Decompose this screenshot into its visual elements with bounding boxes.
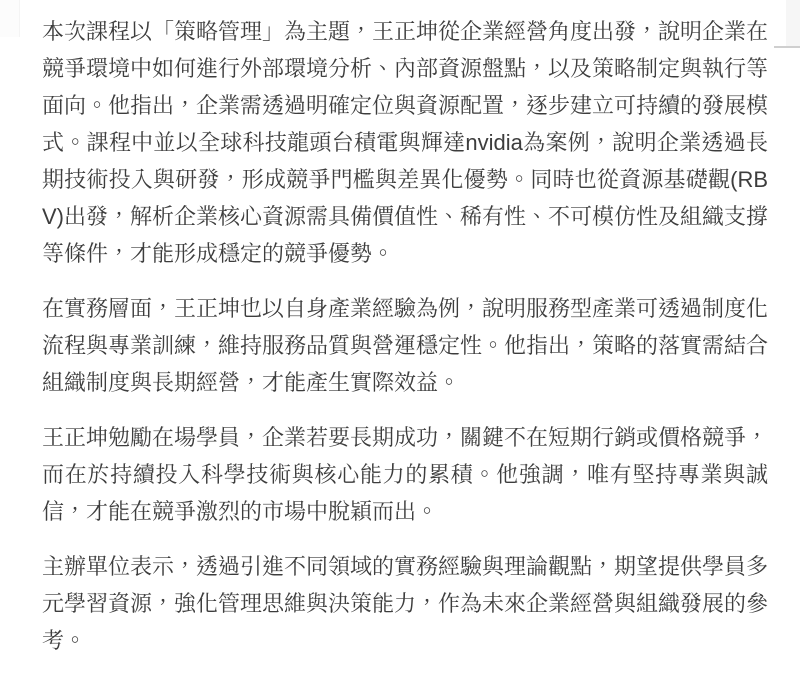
article-paragraph-4: 主辦單位表示，透過引進不同領域的實務經驗與理論觀點，期望提供學員多元學習資源，強… bbox=[42, 548, 768, 659]
article-paragraph-1: 本次課程以「策略管理」為主題，王正坤從企業經營角度出發，說明企業在競爭環境中如何… bbox=[42, 13, 768, 272]
scrollbar-divider bbox=[774, 46, 800, 48]
scrollbar-track-fragment[interactable] bbox=[786, 0, 800, 46]
article-paragraph-2: 在實務層面，王正坤也以自身產業經驗為例，說明服務型產業可透過制度化流程與專業訓練… bbox=[42, 290, 768, 401]
article-body: 本次課程以「策略管理」為主題，王正坤從企業經營角度出發，說明企業在競爭環境中如何… bbox=[0, 0, 800, 677]
article-paragraph-3: 王正坤勉勵在場學員，企業若要長期成功，關鍵不在短期行銷或價格競爭，而在於持續投入… bbox=[42, 419, 768, 530]
